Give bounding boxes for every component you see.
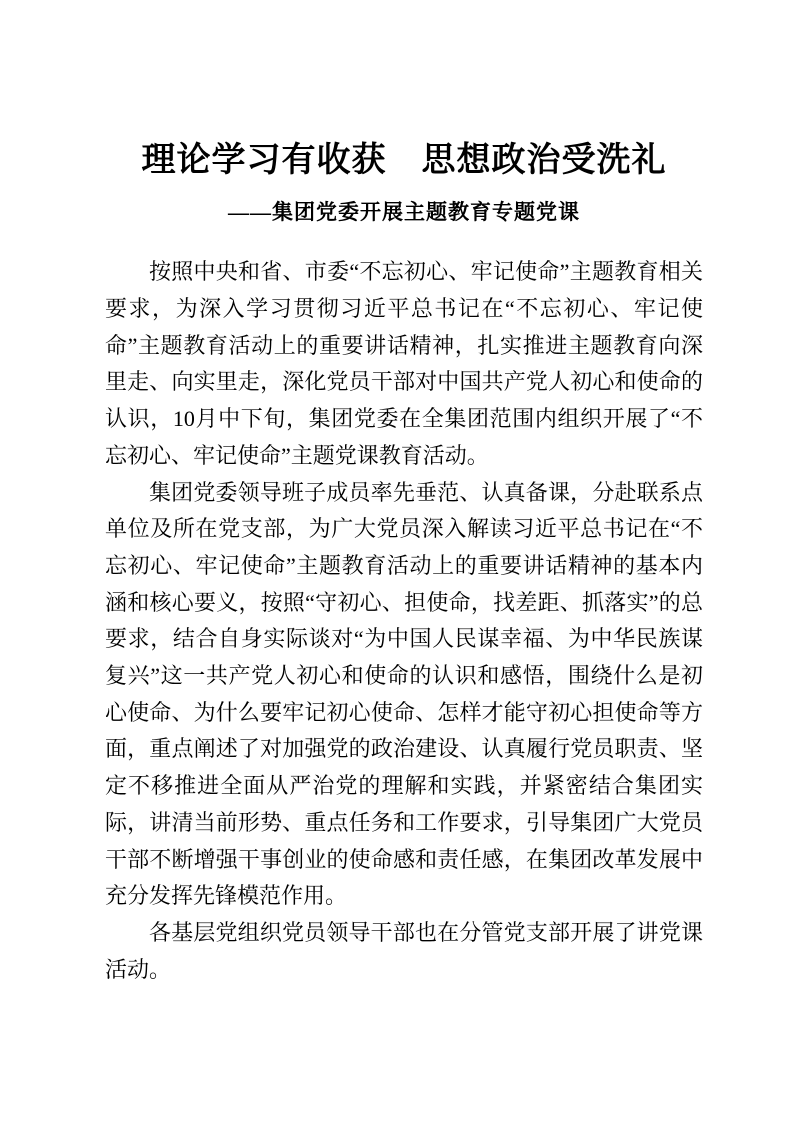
document-content: 理论学习有收获 思想政治受洗礼 ——集团党委开展主题教育专题党课 按照中央和省、… — [105, 138, 703, 988]
document-title: 理论学习有收获 思想政治受洗礼 — [105, 138, 703, 184]
paragraph-3: 各基层党组织党员领导干部也在分管党支部开展了讲党课活动。 — [105, 915, 703, 988]
document-page: 理论学习有收获 思想政治受洗礼 ——集团党委开展主题教育专题党课 按照中央和省、… — [0, 0, 793, 1122]
document-subtitle: ——集团党委开展主题教育专题党课 — [105, 198, 703, 227]
document-body: 按照中央和省、市委“不忘初心、牢记使命”主题教育相关要求，为深入学习贯彻习近平总… — [105, 254, 703, 988]
paragraph-1: 按照中央和省、市委“不忘初心、牢记使命”主题教育相关要求，为深入学习贯彻习近平总… — [105, 254, 703, 474]
paragraph-2: 集团党委领导班子成员率先垂范、认真备课，分赴联系点单位及所在党支部，为广大党员深… — [105, 475, 703, 915]
